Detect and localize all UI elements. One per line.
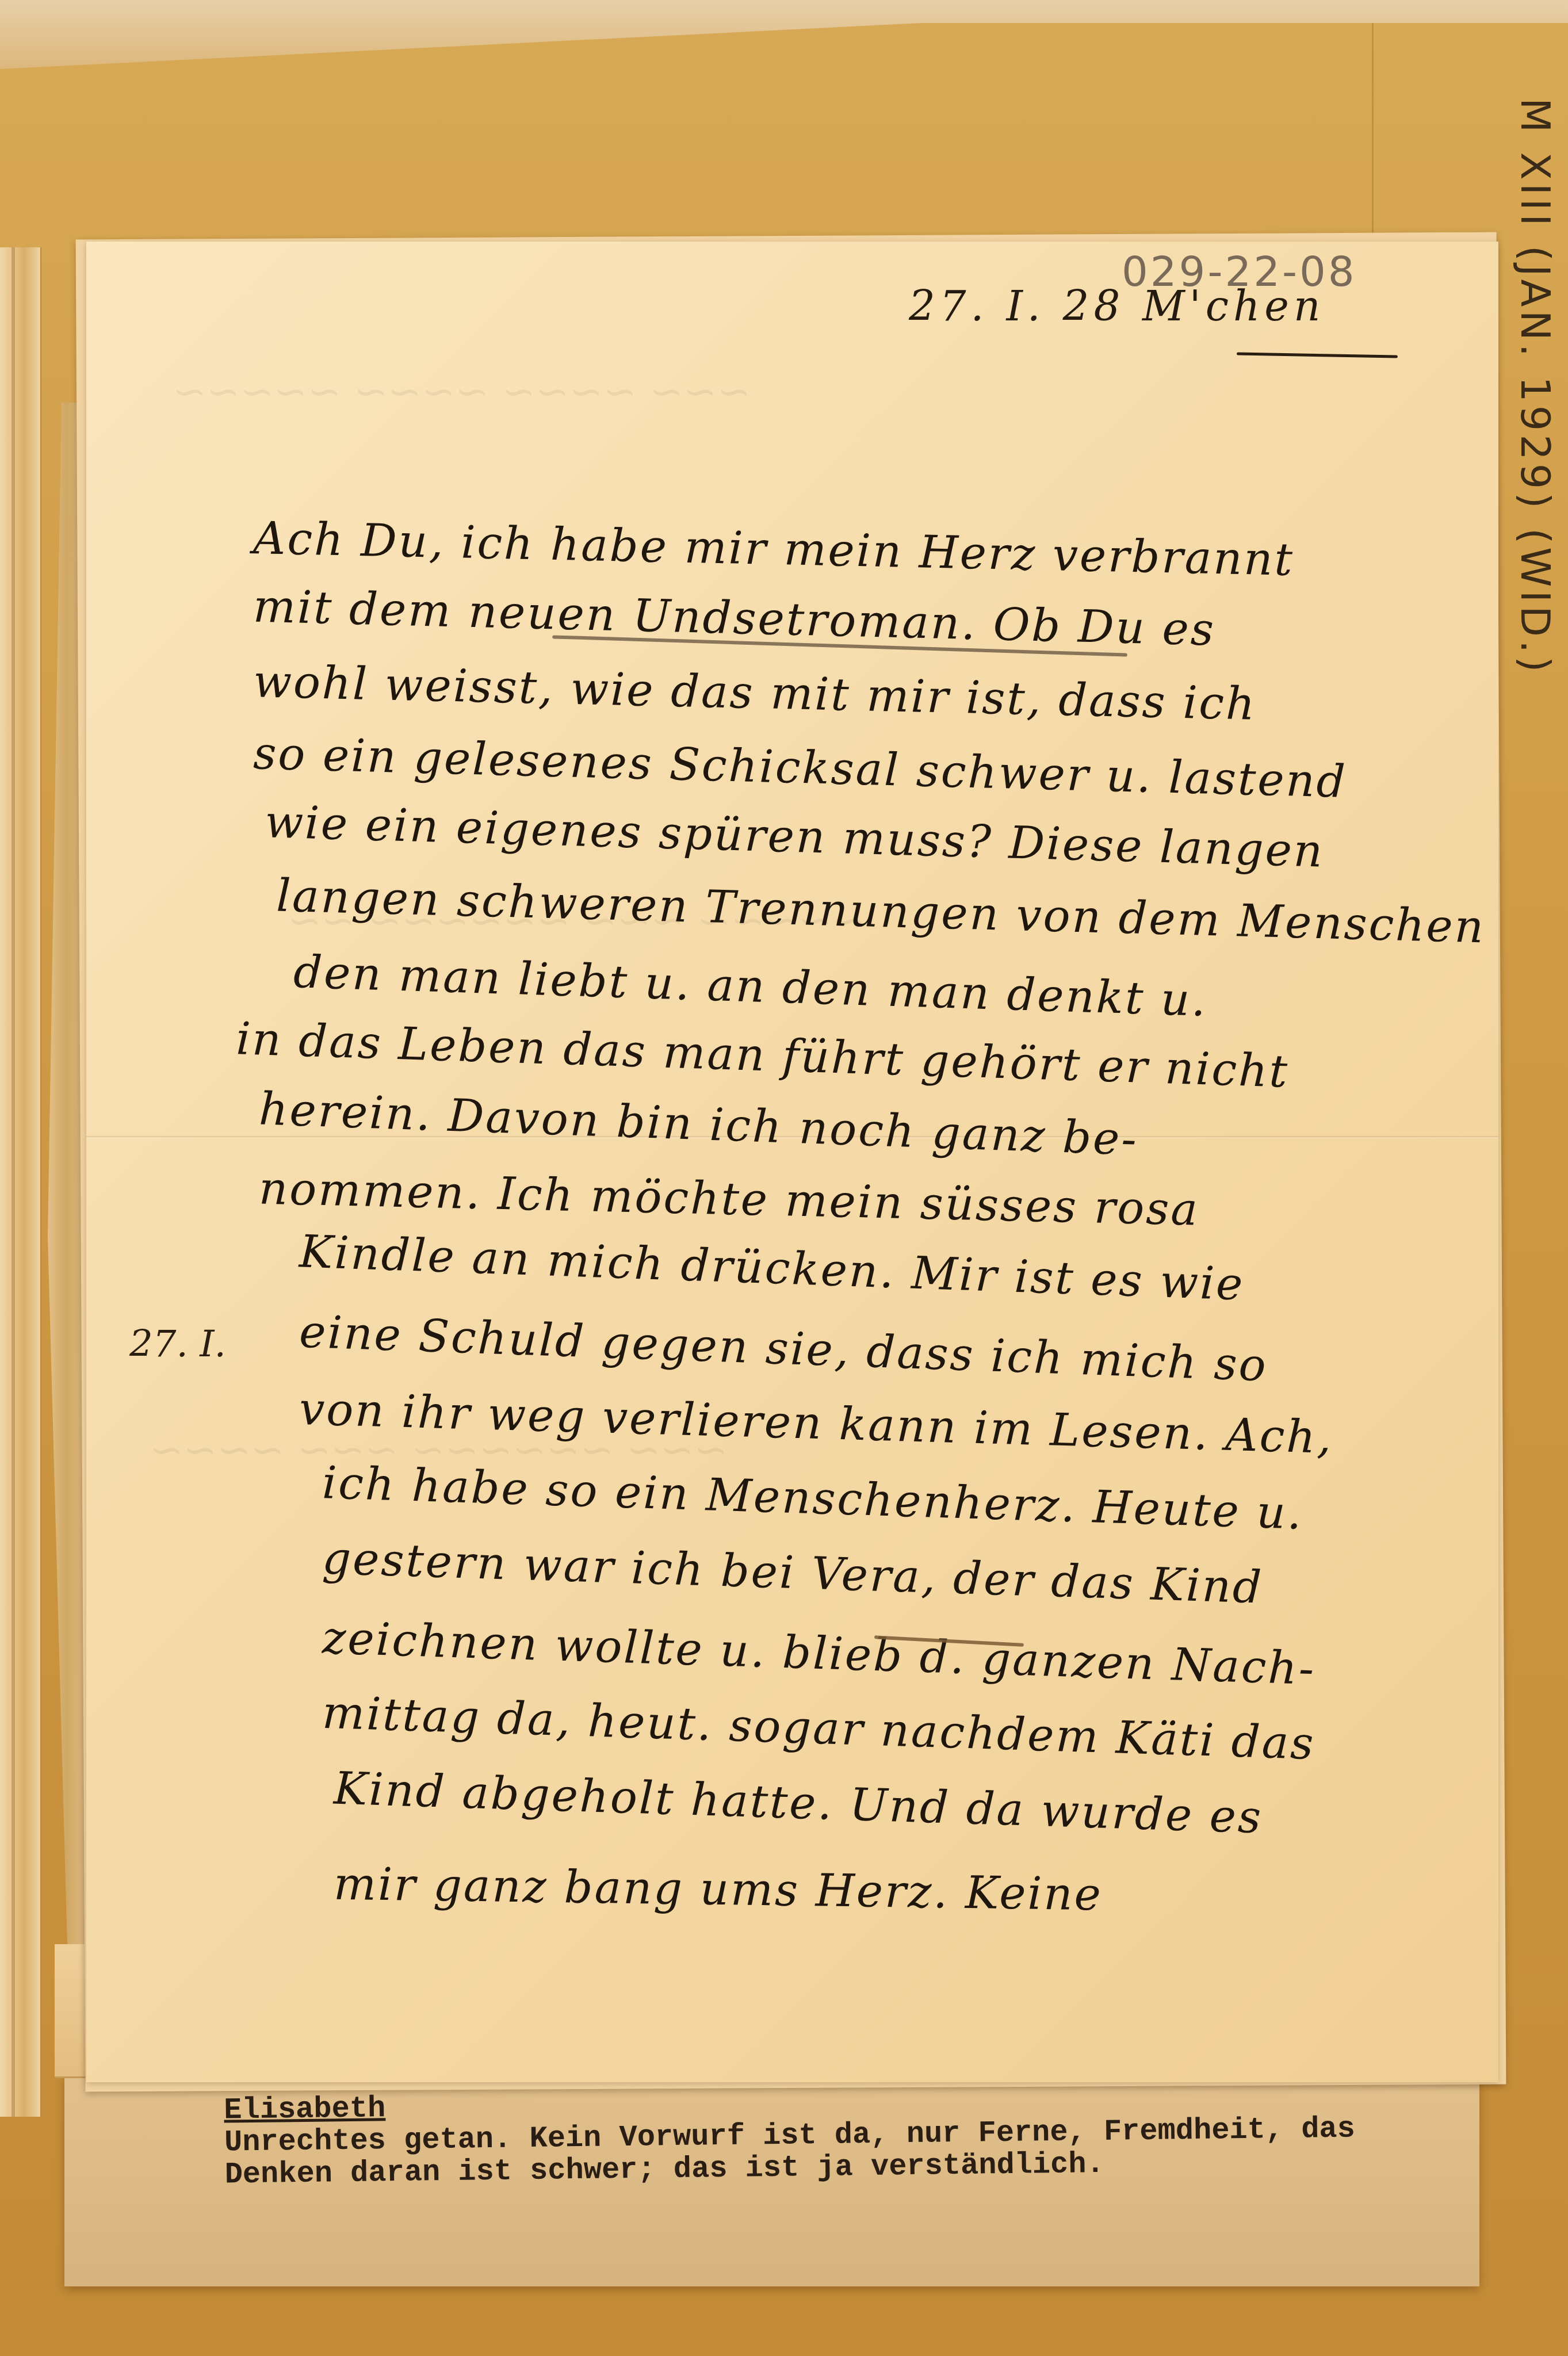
typed-underlined-name: Elisabeth	[224, 2091, 386, 2127]
folder-archival-notation: M XIII (JAN. 1929) (WID.)	[1519, 98, 1565, 903]
letter-date-header: 27. I. 28 M'chen	[909, 282, 1325, 330]
left-page-stack	[0, 247, 41, 2117]
bleed-through-text: ~~~ ~~~~ ~~~~ ~~~~~	[173, 368, 751, 415]
folder-notation-text: M XIII (JAN. 1929) (WID.)	[1512, 98, 1559, 676]
typed-transcription-text: Elisabeth Unrechtes getan. Kein Vorwurf …	[224, 2081, 1318, 2191]
letter-line: mir ganz bang ums Herz. Keine	[333, 1858, 1103, 1921]
margin-date-note: 27. I.	[129, 1323, 226, 1366]
